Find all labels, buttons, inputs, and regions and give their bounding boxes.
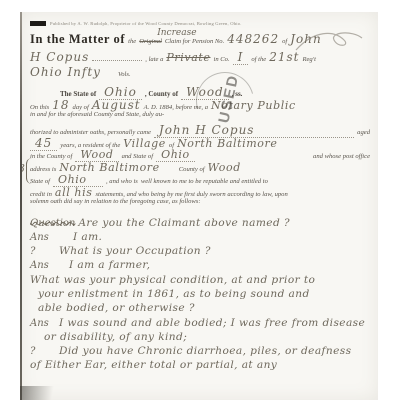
matter-heading: In the Matter of (30, 32, 125, 47)
rank-entry: Private (166, 51, 210, 64)
qa-text: Are you the Claimant above named ? (78, 217, 290, 229)
residence-line-2: in the County of Wood and State of Ohio … (30, 148, 370, 161)
affidavit-page: Published by A. W. Rudolph, Proprietor o… (20, 12, 378, 400)
qa-prefix: ? (30, 346, 56, 357)
original-word: Original (139, 38, 162, 45)
aforesaid-text: in and for the aforesaid County and Stat… (30, 111, 164, 118)
aforesaid-line: in and for the aforesaid County and Stat… (30, 111, 370, 124)
scan-spine-edge (20, 12, 22, 400)
ss-label: , ss. (232, 90, 243, 98)
qa-line: your enlistment in 1861, as to being sou… (30, 288, 370, 302)
qa-text: I am. (59, 231, 102, 243)
credit-label: credit in (30, 191, 52, 198)
claimant-surname: H Copus (30, 50, 89, 64)
solemn-oath-line: solemn oath did say in relation to the f… (30, 198, 370, 211)
officer-entry: Notary Public (211, 99, 296, 112)
qa-prefix: ? (30, 246, 56, 257)
solemn-text: solemn oath did say in relation to the f… (30, 198, 201, 205)
margin-brace (26, 158, 32, 184)
imprint-row: Published by A. W. Rudolph, Proprietor o… (30, 19, 370, 28)
statements-text: statements, and who being by me first du… (95, 191, 287, 198)
in-county-label: in the County of (30, 153, 72, 160)
qa-text: of Either Ear, either total or partial, … (30, 359, 277, 371)
county-label-2: County of (179, 166, 205, 173)
matter-line-3: Ohio Infty Vols. (30, 65, 370, 79)
qa-prefix: Ans (30, 318, 56, 329)
qa-text: What was your physical condition, at and… (30, 274, 315, 286)
matter-the: the (128, 38, 136, 45)
qa-prefix: Ans (30, 232, 56, 243)
qa-line: able bodied, or otherwise ? (30, 302, 370, 316)
qa-prefix: Question (30, 218, 75, 229)
claim-number: 448262 (227, 32, 279, 46)
increase-annotation: Increase (157, 28, 196, 38)
matter-original-struck: Original Increase (139, 38, 162, 45)
all-his-entry: all his (55, 186, 93, 199)
venue-line: The State of Ohio , County of Wood , ss. (30, 85, 370, 98)
unit-entry: Ohio Infty (30, 65, 101, 79)
address-label: address is (30, 166, 56, 173)
address-line: address is North Baltimore County of Woo… (30, 161, 370, 174)
qa-line: or disability, of any kind; (30, 331, 370, 345)
matter-of: of (282, 38, 287, 45)
company-entry: I (233, 50, 249, 65)
in-co-label: in Co. (214, 56, 230, 63)
qa-text: Did you have Chronic diarrhoea, piles, o… (59, 345, 351, 357)
publisher-imprint: Published by A. W. Rudolph, Proprietor o… (50, 21, 242, 26)
pen-flourish (294, 28, 364, 54)
qa-line: of Either Ear, either total or partial, … (30, 359, 370, 373)
qa-text: your enlistment in 1861, as to being sou… (30, 288, 310, 300)
qa-text: What is your Occupation ? (59, 245, 211, 257)
qa-line: Ans I was sound and able bodied; I was f… (30, 317, 370, 331)
qa-line: Ans I am. (30, 231, 370, 245)
county-of-label: , County of (145, 90, 178, 98)
qa-line: ? Did you have Chronic diarrhoea, piles,… (30, 345, 370, 359)
scan-corner-artifact (20, 386, 66, 400)
regt-label: Reg't (302, 56, 316, 63)
credible-text: well known to me to be reputable and ent… (141, 178, 268, 185)
county-entry: Wood (181, 85, 229, 100)
qa-text: I am a farmer, (59, 259, 150, 271)
po-address-entry: North Baltimore (59, 161, 159, 174)
po-county-entry: Wood (208, 161, 241, 174)
qa-text: or disability, of any kind; (30, 331, 187, 343)
claim-label: Claim for Pension No. (165, 38, 224, 45)
vols-label: Vols. (118, 71, 131, 78)
printer-mark (30, 21, 46, 26)
qa-prefix: Ans (30, 260, 56, 271)
res-state-entry: Ohio (156, 148, 195, 162)
personally-came-line: thorized to administer oaths, personally… (30, 123, 370, 136)
blank-line (92, 60, 142, 61)
late-a-label: , late a (145, 56, 163, 63)
post-office-label: and whose post office (198, 153, 370, 160)
state-of-label: The State of (60, 90, 96, 98)
qa-line: ? What is your Occupation ? (30, 245, 370, 259)
qa-line: What was your physical condition, at and… (30, 274, 370, 288)
qa-text: I was sound and able bodied; I was free … (59, 317, 365, 329)
qa-line: Ans I am a farmer, (30, 259, 370, 273)
aged-label: aged (357, 129, 370, 136)
qa-text: able bodied, or otherwise ? (30, 302, 195, 314)
credible-line-2: credit in all his statements, and who be… (30, 186, 370, 199)
age-entry: 45 (30, 136, 57, 151)
question-answer-section: Question Are you the Claimant above name… (30, 217, 370, 374)
of-the-label: of the (251, 56, 266, 63)
who-is-label: , and who is (106, 178, 138, 185)
qa-line: Question Are you the Claimant above name… (30, 217, 370, 231)
and-state-label: and State of (122, 153, 154, 160)
credible-line-1: State of Ohio , and who is well known to… (30, 173, 370, 186)
scanned-document: Published by A. W. Rudolph, Proprietor o… (0, 0, 400, 400)
state-label-2: State of (30, 178, 50, 185)
